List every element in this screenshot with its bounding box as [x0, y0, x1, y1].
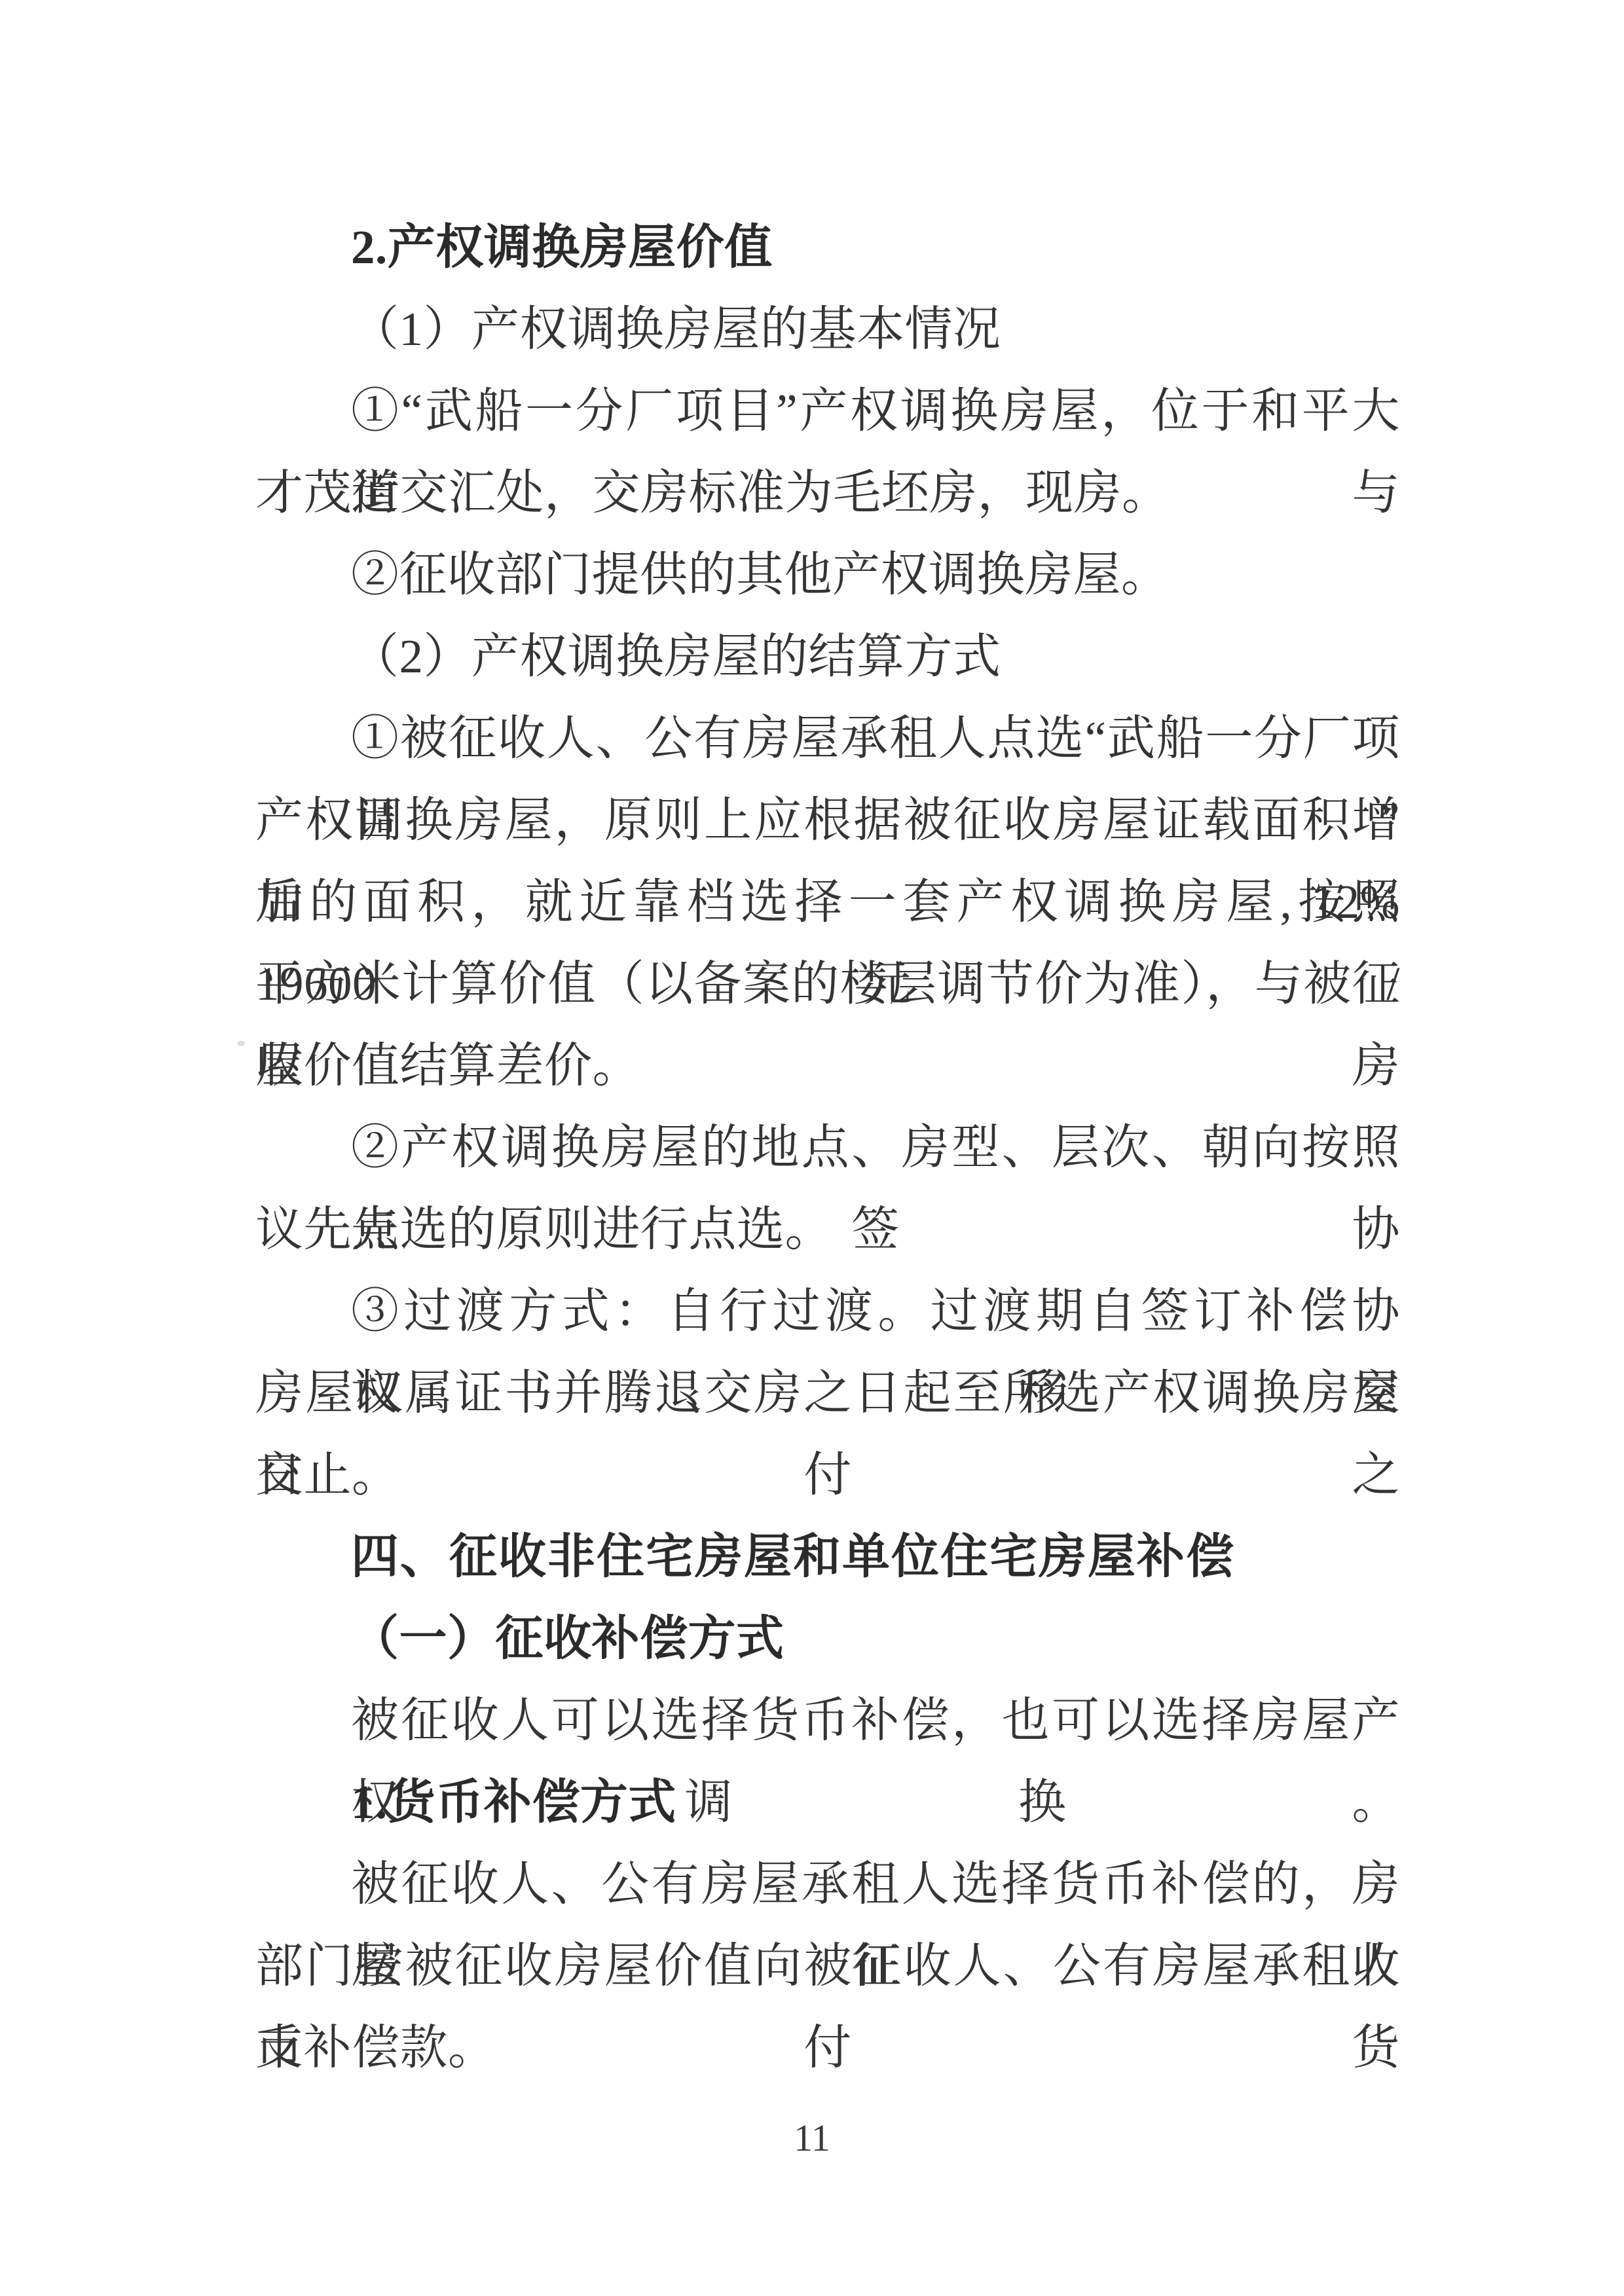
text-line: ③过渡方式：自行过渡。过渡期自签订补偿协议、移交: [255, 1270, 1400, 1352]
text-line: 房屋权属证书并腾退交房之日起至所选产权调换房屋交付之: [255, 1352, 1400, 1434]
text-line: 后的面积，就近靠档选择一套产权调换房屋,按照 19600 元/: [255, 861, 1400, 943]
heading-2-property-exchange-house-value: 2.产权调换房屋价值: [255, 206, 1400, 288]
text-line: 产权调换房屋，原则上应根据被征收房屋证载面积增加 12%: [255, 779, 1400, 861]
heading-4-non-residential-compensation: 四、征收非住宅房屋和单位住宅房屋补偿: [255, 1516, 1400, 1597]
text-line: ①“武船一分厂项目”产权调换房屋，位于和平大道与: [255, 370, 1400, 452]
text-line: 平方米计算价值（以备案的楼层调节价为准），与被征收房: [255, 943, 1400, 1025]
text-block: 2.产权调换房屋价值 （1）产权调换房屋的基本情况 ①“武船一分厂项目”产权调换…: [255, 206, 1400, 2088]
subheading-2-settlement-method: （2）产权调换房屋的结算方式: [255, 615, 1400, 697]
text-line: ②产权调换房屋的地点、房型、层次、朝向按照先签协: [255, 1106, 1400, 1188]
heading-compensation-method: （一）征收补偿方式: [255, 1597, 1400, 1679]
scan-speck: [237, 1041, 245, 1046]
text-line: 被征收人、公有房屋承租人选择货币补偿的，房屋征收: [255, 1843, 1400, 1925]
page-number: 11: [0, 2112, 1624, 2164]
subheading-1-basic-situation: （1）产权调换房屋的基本情况: [255, 288, 1400, 370]
document-page: 2.产权调换房屋价值 （1）产权调换房屋的基本情况 ①“武船一分厂项目”产权调换…: [0, 0, 1624, 2296]
text-line: 部门按被征收房屋价值向被征收人、公有房屋承租人支付货: [255, 1925, 1400, 2007]
text-line: ②征收部门提供的其他产权调换房屋。: [255, 534, 1400, 615]
text-line: ①被征收人、公有房屋承租人点选“武船一分厂项目”: [255, 697, 1400, 779]
text-line: 被征收人可以选择货币补偿，也可以选择房屋产权调换。: [255, 1679, 1400, 1761]
